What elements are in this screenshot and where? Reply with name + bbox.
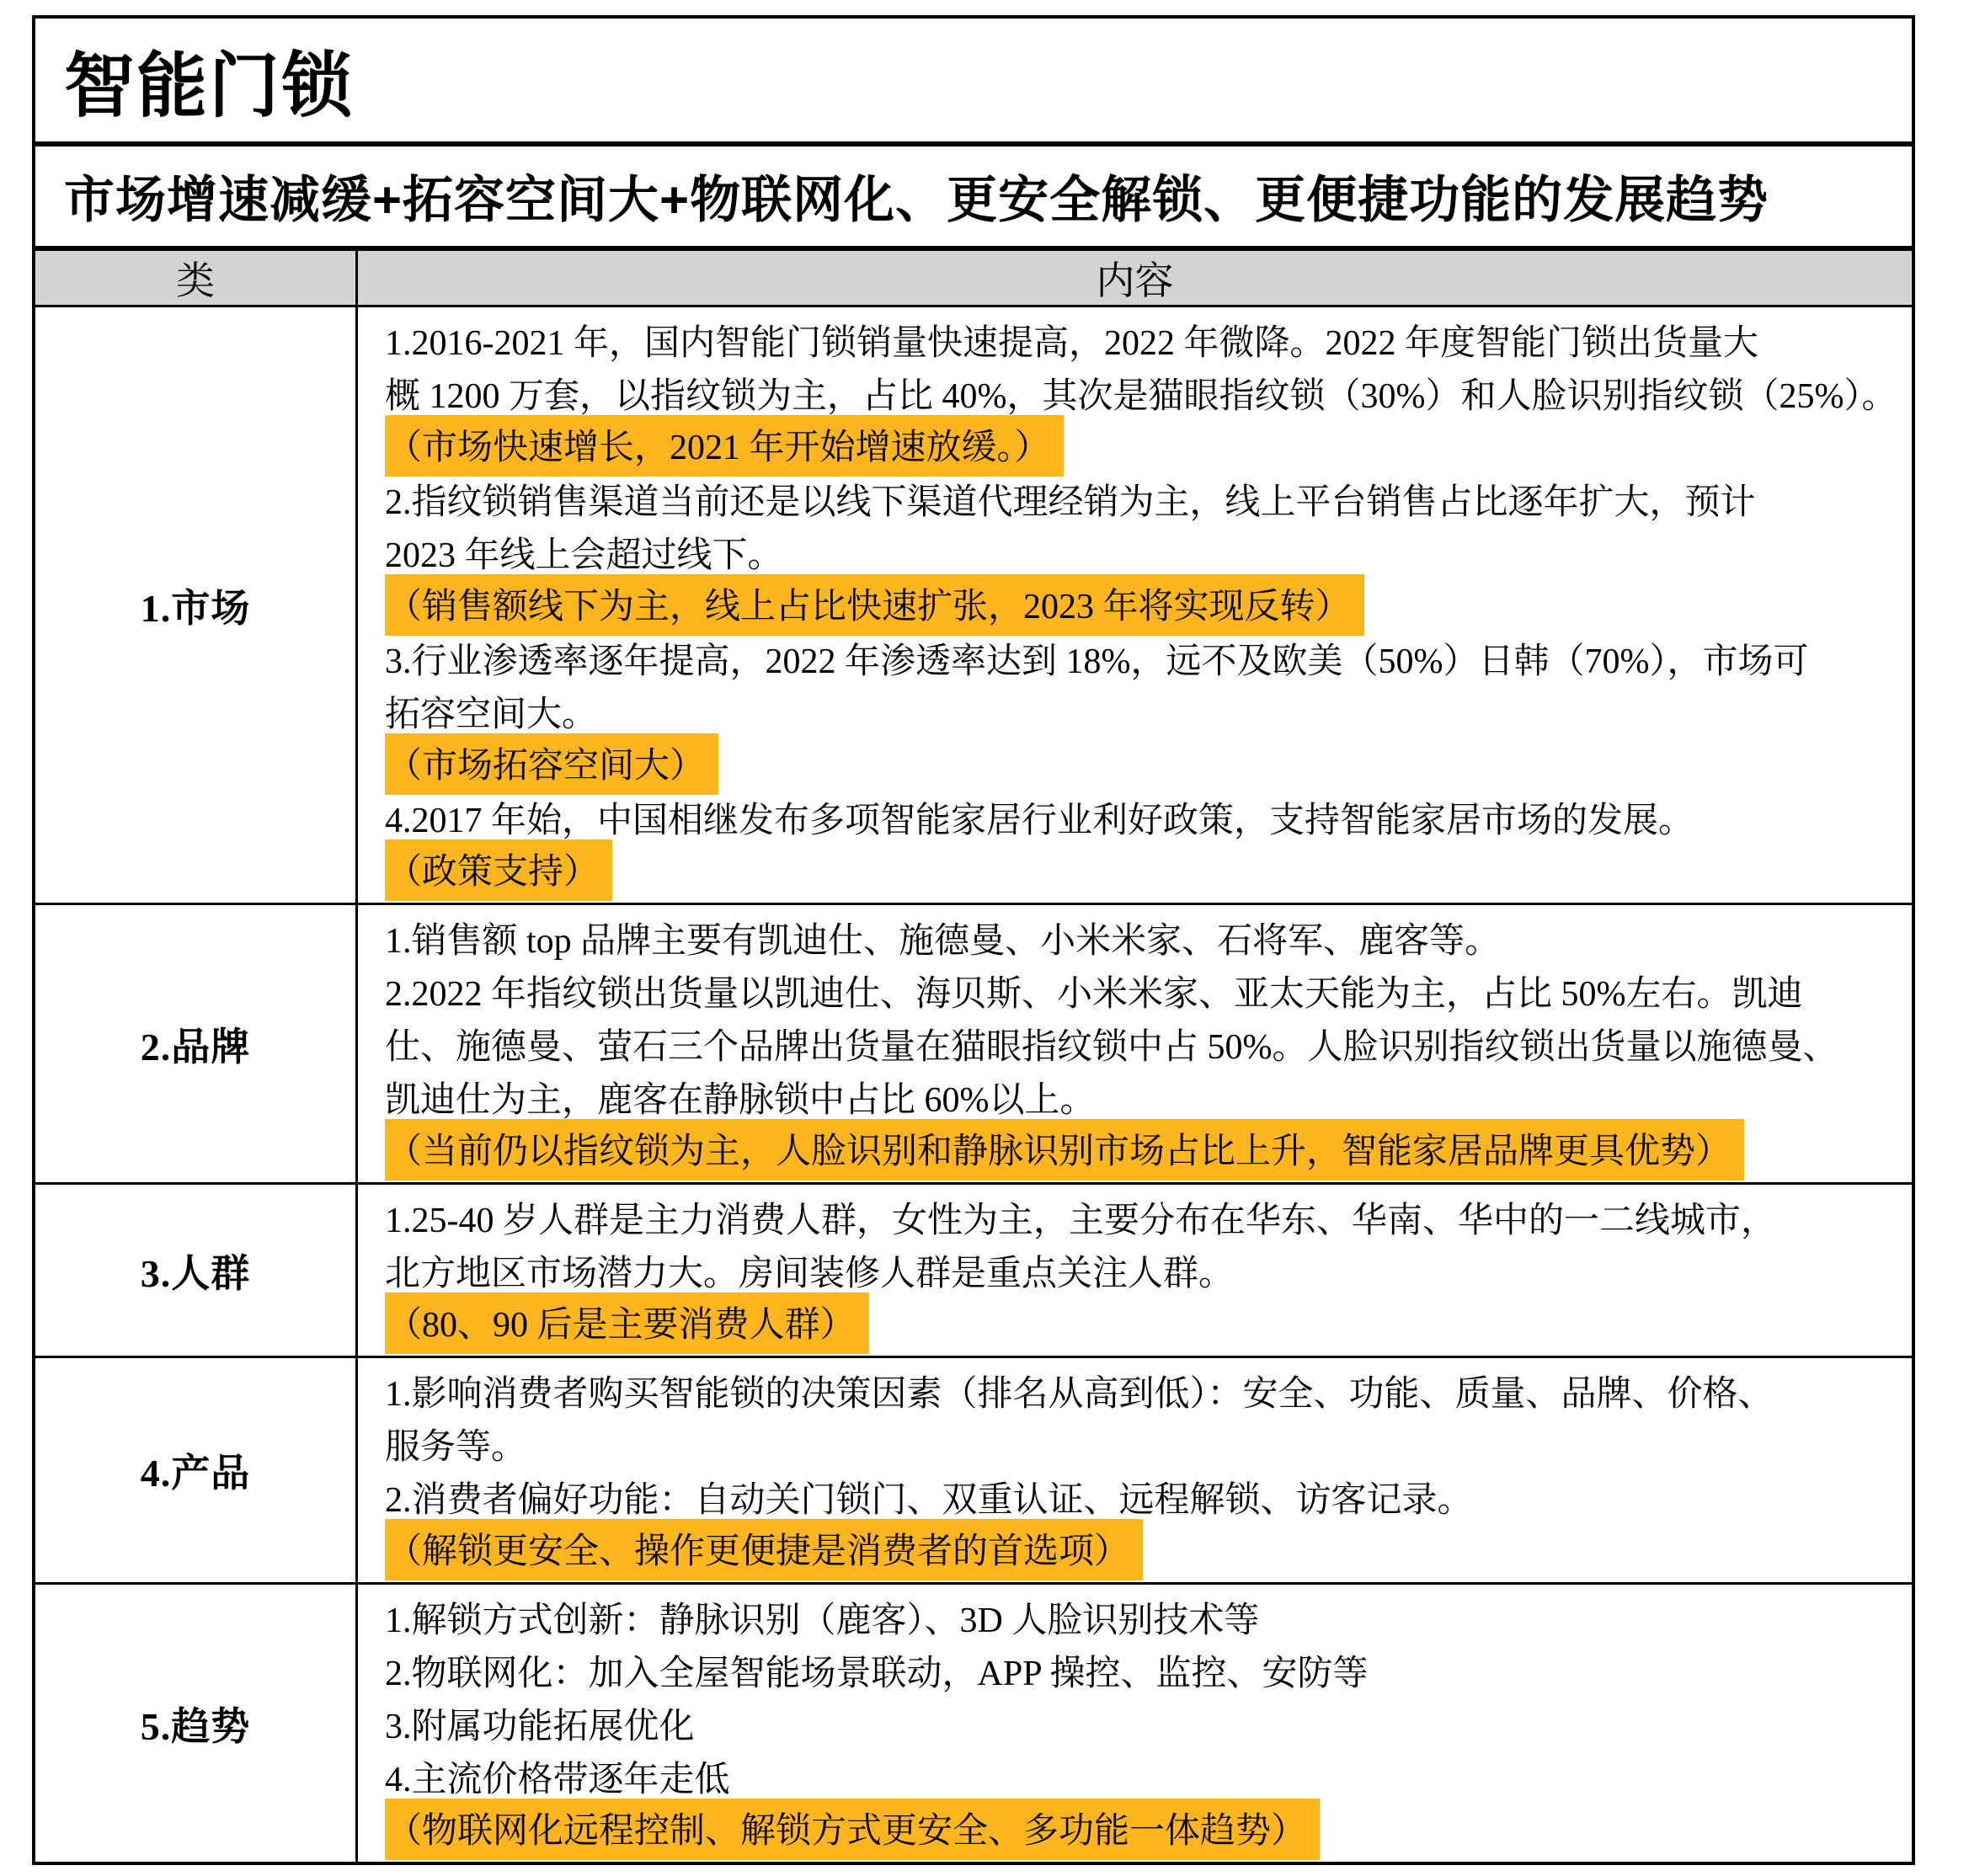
row-content-cell: 1.解锁方式创新：静脉识别（鹿客）、3D 人脸识别技术等2.物联网化：加入全屋智… bbox=[358, 1585, 1912, 1862]
content-line: 2.指纹锁销售渠道当前还是以线下渠道代理经销为主，线上平台销售占比逐年扩大，预计 bbox=[385, 472, 1898, 525]
row-content-cell: 1.25-40 岁人群是主力消费人群，女性为主，主要分布在华东、华南、华中的一二… bbox=[358, 1185, 1912, 1356]
row-label: 5.趋势 bbox=[35, 1585, 358, 1862]
content-line: 1.2016-2021 年，国内智能门锁销量快速提高，2022 年微降。2022… bbox=[385, 313, 1898, 366]
row-content-cell: 1.2016-2021 年，国内智能门锁销量快速提高，2022 年微降。2022… bbox=[358, 307, 1912, 903]
table-body: 1.市场1.2016-2021 年，国内智能门锁销量快速提高，2022 年微降。… bbox=[35, 307, 1912, 1862]
highlight-annotation: （市场快速增长，2021 年开始增速放缓。） bbox=[385, 415, 1064, 477]
content-line: 概 1200 万套，以指纹锁为主，占比 40%，其次是猫眼指纹锁（30%）和人脸… bbox=[385, 366, 1898, 419]
page-title: 智能门锁 bbox=[64, 29, 354, 131]
content-line: 拓容空间大。 bbox=[385, 685, 1898, 738]
content-line: 2.2022 年指纹锁出货量以凯迪仕、海贝斯、小米米家、亚太天能为主，占比 50… bbox=[385, 964, 1898, 1017]
content-line: 3.附属功能拓展优化 bbox=[385, 1697, 1898, 1750]
highlight-annotation: （当前仍以指纹锁为主，人脸识别和静脉识别市场占比上升，智能家居品牌更具优势） bbox=[385, 1119, 1744, 1180]
content-line-highlighted: （80、90 后是主要消费人群） bbox=[385, 1297, 1898, 1350]
highlight-annotation: （政策支持） bbox=[385, 839, 612, 901]
content-line-highlighted: （物联网化远程控制、解锁方式更安全、多功能一体趋势） bbox=[385, 1803, 1898, 1856]
subtitle-row: 市场增速减缓+拓容空间大+物联网化、更安全解锁、更便捷功能的发展趋势 bbox=[35, 147, 1912, 251]
content-line-highlighted: （当前仍以指纹锁为主，人脸识别和静脉识别市场占比上升，智能家居品牌更具优势） bbox=[385, 1123, 1898, 1176]
content-line-highlighted: （政策支持） bbox=[385, 844, 1898, 897]
row-label: 4.产品 bbox=[35, 1358, 358, 1582]
content-line: 2.消费者偏好功能：自动关门锁门、双重认证、远程解锁、访客记录。 bbox=[385, 1470, 1898, 1523]
table-header-row: 类 内容 bbox=[35, 251, 1912, 307]
content-line: 服务等。 bbox=[385, 1417, 1898, 1470]
content-line: 北方地区市场潜力大。房间装修人群是重点关注人群。 bbox=[385, 1244, 1898, 1297]
content-line: 2.物联网化：加入全屋智能场景联动，APP 操控、监控、安防等 bbox=[385, 1644, 1898, 1697]
content-line-highlighted: （解锁更安全、操作更便捷是消费者的首选项） bbox=[385, 1523, 1898, 1576]
content-line: 4.2017 年始，中国相继发布多项智能家居行业利好政策，支持智能家居市场的发展… bbox=[385, 791, 1898, 844]
table-row: 2.品牌1.销售额 top 品牌主要有凯迪仕、施德曼、小米米家、石将军、鹿客等。… bbox=[35, 905, 1912, 1185]
row-content-cell: 1.影响消费者购买智能锁的决策因素（排名从高到低）：安全、功能、质量、品牌、价格… bbox=[358, 1358, 1912, 1582]
title-row: 智能门锁 bbox=[35, 19, 1912, 147]
header-cell-category: 类 bbox=[35, 251, 358, 305]
table-row: 5.趋势1.解锁方式创新：静脉识别（鹿客）、3D 人脸识别技术等2.物联网化：加… bbox=[35, 1585, 1912, 1862]
header-cell-content: 内容 bbox=[358, 251, 1912, 305]
table-row: 1.市场1.2016-2021 年，国内智能门锁销量快速提高，2022 年微降。… bbox=[35, 307, 1912, 905]
document-table: 智能门锁 市场增速减缓+拓容空间大+物联网化、更安全解锁、更便捷功能的发展趋势 … bbox=[32, 15, 1915, 1865]
content-line: 1.25-40 岁人群是主力消费人群，女性为主，主要分布在华东、华南、华中的一二… bbox=[385, 1191, 1898, 1244]
table-row: 4.产品1.影响消费者购买智能锁的决策因素（排名从高到低）：安全、功能、质量、品… bbox=[35, 1358, 1912, 1585]
highlight-annotation: （物联网化远程控制、解锁方式更安全、多功能一体趋势） bbox=[385, 1799, 1320, 1860]
page-subtitle: 市场增速减缓+拓容空间大+物联网化、更安全解锁、更便捷功能的发展趋势 bbox=[64, 160, 1769, 232]
content-line-highlighted: （销售额线下为主，线上占比快速扩张，2023 年将实现反转） bbox=[385, 578, 1898, 632]
highlight-annotation: （销售额线下为主，线上占比快速扩张，2023 年将实现反转） bbox=[385, 574, 1364, 636]
content-line: 4.主流价格带逐年走低 bbox=[385, 1750, 1898, 1803]
row-label: 2.品牌 bbox=[35, 905, 358, 1182]
content-line: 仕、施德曼、萤石三个品牌出货量在猫眼指纹锁中占 50%。人脸识别指纹锁出货量以施… bbox=[385, 1017, 1898, 1070]
content-line: 1.影响消费者购买智能锁的决策因素（排名从高到低）：安全、功能、质量、品牌、价格… bbox=[385, 1364, 1898, 1417]
table-row: 3.人群1.25-40 岁人群是主力消费人群，女性为主，主要分布在华东、华南、华… bbox=[35, 1185, 1912, 1358]
highlight-annotation: （市场拓容空间大） bbox=[385, 733, 718, 795]
row-label: 1.市场 bbox=[35, 307, 358, 903]
row-label: 3.人群 bbox=[35, 1185, 358, 1356]
content-line: 凯迪仕为主，鹿客在静脉锁中占比 60%以上。 bbox=[385, 1070, 1898, 1123]
highlight-annotation: （解锁更安全、操作更便捷是消费者的首选项） bbox=[385, 1519, 1143, 1580]
row-content-cell: 1.销售额 top 品牌主要有凯迪仕、施德曼、小米米家、石将军、鹿客等。2.20… bbox=[358, 905, 1912, 1182]
content-line: 1.解锁方式创新：静脉识别（鹿客）、3D 人脸识别技术等 bbox=[385, 1591, 1898, 1644]
content-line-highlighted: （市场拓容空间大） bbox=[385, 738, 1898, 791]
content-line-highlighted: （市场快速增长，2021 年开始增速放缓。） bbox=[385, 419, 1898, 472]
content-line: 1.销售额 top 品牌主要有凯迪仕、施德曼、小米米家、石将军、鹿客等。 bbox=[385, 911, 1898, 964]
content-line: 2023 年线上会超过线下。 bbox=[385, 525, 1898, 578]
content-line: 3.行业渗透率逐年提高，2022 年渗透率达到 18%，远不及欧美（50%）日韩… bbox=[385, 632, 1898, 685]
highlight-annotation: （80、90 后是主要消费人群） bbox=[385, 1292, 869, 1354]
page: { "title": "智能门锁", "subtitle": "市场增速减缓+拓… bbox=[0, 0, 1969, 1876]
